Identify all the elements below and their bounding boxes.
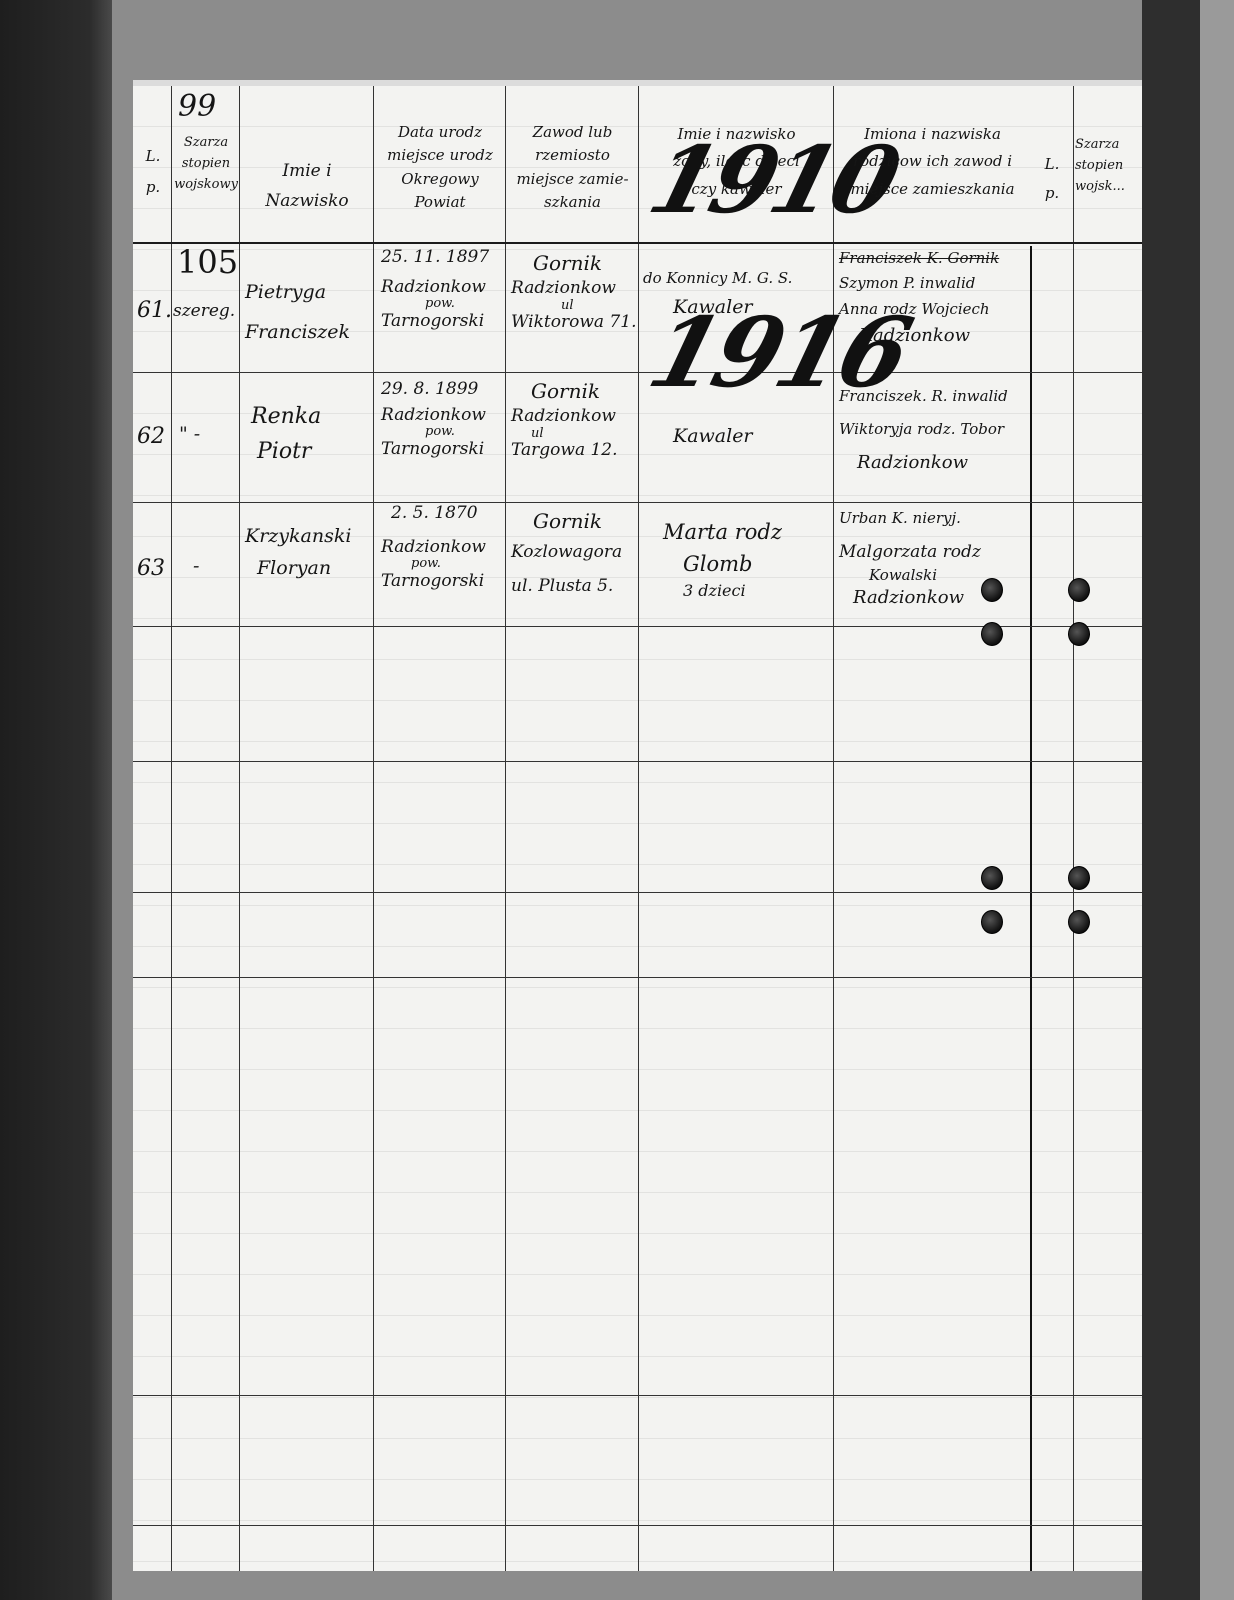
row-parents: Urban K. nieryj. Malgorzata rodz Kowalsk… — [839, 510, 981, 609]
column-rule — [1073, 86, 1074, 1571]
row-rule — [133, 977, 1142, 978]
header-rank: Szarza stopien wojskowy — [173, 136, 239, 193]
father: Franciszek. R. inwalid — [839, 388, 1008, 405]
birth-district-label: pow. — [425, 425, 486, 440]
header-line: wojskowy — [173, 178, 239, 193]
birth-district: Tarnogorski — [381, 312, 489, 332]
header-bottom-rule — [133, 242, 1142, 244]
row-spouse: Marta rodz Glomb 3 dzieci — [663, 520, 782, 601]
street-label: ul — [531, 427, 618, 442]
spouse-note: do Konnicy M. G. S. — [643, 270, 792, 287]
surname: Pietryga — [245, 282, 350, 304]
header-line: Okregowy — [375, 171, 505, 188]
birth-district-label: pow. — [411, 557, 486, 572]
spouse-name: Marta rodz — [663, 520, 782, 544]
header-parents: Imiona i nazwiska rodzicow ich zawod i m… — [835, 126, 1030, 198]
row-lp: 63 — [137, 556, 165, 581]
given-name: Franciszek — [245, 322, 350, 344]
header-line: p. — [137, 179, 169, 196]
column-rule — [373, 86, 374, 1571]
column-rule — [1030, 246, 1032, 1571]
row-rank: szereg. — [173, 302, 235, 322]
row-rank: - — [193, 556, 199, 578]
row-name: Krzykanski Floryan — [245, 526, 351, 580]
birth-district-label: pow. — [425, 297, 489, 312]
birth-date: 2. 5. 1870 — [391, 504, 486, 524]
row-rule — [133, 761, 1142, 762]
parents-residence: Radzionkow — [853, 588, 981, 609]
row-name: Renka Piotr — [251, 404, 321, 465]
header-line: stopien — [173, 157, 239, 172]
header-line: Powiat — [375, 194, 505, 211]
birth-place: Radzionkow — [381, 278, 489, 298]
row-occupation: Gornik Kozlowagora ul. Plusta 5. — [511, 510, 622, 596]
marital-status: Kawaler — [673, 426, 753, 448]
row-rank: " - — [179, 424, 200, 446]
column-rule — [638, 86, 639, 1571]
spouse-maiden-name: Glomb — [683, 552, 782, 576]
parents-residence: Radzionkow — [857, 453, 1008, 474]
header-line: wojsk... — [1075, 180, 1141, 195]
binding-hole — [1068, 910, 1090, 934]
row-birth: 25. 11. 1897 Radzionkow pow. Tarnogorski — [381, 248, 489, 332]
children-count: 3 dzieci — [683, 582, 782, 600]
register-page: 99 L. p. Szarza stopien wojskowy Imie i … — [133, 86, 1142, 1571]
scan-shadow-left — [0, 0, 112, 1600]
occupation: Gornik — [531, 380, 618, 403]
surname: Renka — [251, 404, 321, 429]
birth-date: 29. 8. 1899 — [381, 380, 486, 400]
street: Wiktorowa 71. — [511, 313, 636, 333]
header-birth: Data urodz miejsce urodz Okregowy Powiat — [375, 124, 505, 211]
header-line: Imiona i nazwiska — [835, 126, 1030, 143]
binding-hole — [1068, 578, 1090, 602]
father: Szymon P. inwalid — [839, 275, 999, 292]
header-line: L. — [137, 148, 169, 165]
header-line: szkania — [507, 194, 638, 211]
row-rule — [133, 1525, 1142, 1526]
row-parents: Franciszek. R. inwalid Wiktoryja rodz. T… — [839, 388, 1008, 473]
header-line: miejsce zamie- — [507, 171, 638, 188]
birth-district: Tarnogorski — [381, 572, 486, 592]
row-occupation: Gornik Radzionkow ul Targowa 12. — [511, 380, 618, 461]
column-rule — [239, 86, 240, 1571]
header-line: Imie i — [241, 162, 373, 182]
header-line: miejsce zamieszkania — [835, 181, 1030, 198]
given-name: Piotr — [257, 439, 321, 464]
binding-hole — [1068, 866, 1090, 890]
row-rule — [133, 1395, 1142, 1396]
birth-district: Tarnogorski — [381, 440, 486, 460]
binding-hole — [981, 910, 1003, 934]
adjacent-page-strip — [1200, 0, 1234, 1600]
surname: Krzykanski — [245, 526, 351, 548]
row-lp: 62 — [137, 424, 165, 449]
row-birth: 2. 5. 1870 Radzionkow pow. Tarnogorski — [381, 504, 486, 592]
binding-hole — [1068, 622, 1090, 646]
header-occupation: Zawod lub rzemiosto miejsce zamie- szkan… — [507, 124, 638, 211]
header-line: rodzicow ich zawod i — [835, 153, 1030, 170]
header-line: L. — [1032, 156, 1072, 173]
mother: Wiktoryja rodz. Tobor — [839, 421, 1008, 438]
header-line: Szarza — [173, 136, 239, 151]
birth-place: Radzionkow — [381, 538, 486, 558]
header-line: p. — [1032, 185, 1072, 202]
header-line: Szarza — [1075, 138, 1141, 153]
father: Urban K. nieryj. — [839, 510, 981, 527]
column-rule — [505, 86, 506, 1571]
binding-hole — [981, 866, 1003, 890]
row-rule — [133, 892, 1142, 893]
residence: Radzionkow — [511, 407, 618, 427]
header-line: rzemiosto — [507, 147, 638, 164]
header-lp-right: L. p. — [1032, 156, 1072, 203]
residence: Kozlowagora — [511, 543, 622, 563]
binding-hole — [981, 578, 1003, 602]
row-spouse: Kawaler — [673, 426, 753, 448]
row-lp: 61. — [137, 298, 172, 323]
birth-place: Radzionkow — [381, 406, 486, 426]
occupation: Gornik — [533, 510, 622, 533]
rank-number: 105 — [177, 244, 238, 281]
street-label: ul — [561, 299, 636, 314]
street: Targowa 12. — [511, 441, 618, 461]
header-name: Imie i Nazwisko — [241, 162, 373, 211]
header-rank-right: Szarza stopien wojsk... — [1075, 138, 1141, 195]
mother-maiden-name: Kowalski — [869, 567, 981, 584]
birth-date: 25. 11. 1897 — [381, 248, 489, 268]
parent-line-struck: Franciszek K. Gornik — [839, 250, 999, 267]
row-occupation: Gornik Radzionkow ul Wiktorowa 71. — [511, 252, 636, 333]
scan-shadow-right — [1142, 0, 1200, 1600]
page-number: 99 — [178, 90, 216, 125]
given-name: Floryan — [257, 558, 351, 580]
residence: Radzionkow — [511, 279, 636, 299]
row-birth: 29. 8. 1899 Radzionkow pow. Tarnogorski — [381, 380, 486, 460]
header-line: Data urodz — [375, 124, 505, 141]
row-rule — [133, 372, 1142, 373]
street: ul. Plusta 5. — [511, 577, 622, 597]
header-lp: L. p. — [137, 148, 169, 197]
row-rule — [133, 502, 1142, 503]
header-line: Nazwisko — [241, 192, 373, 212]
header-line: miejsce urodz — [375, 147, 505, 164]
mother: Malgorzata rodz — [839, 543, 981, 563]
occupation: Gornik — [533, 252, 636, 275]
header-line: stopien — [1075, 159, 1141, 174]
header-line: Zawod lub — [507, 124, 638, 141]
binding-hole — [981, 622, 1003, 646]
row-name: Pietryga Franciszek — [245, 282, 350, 344]
